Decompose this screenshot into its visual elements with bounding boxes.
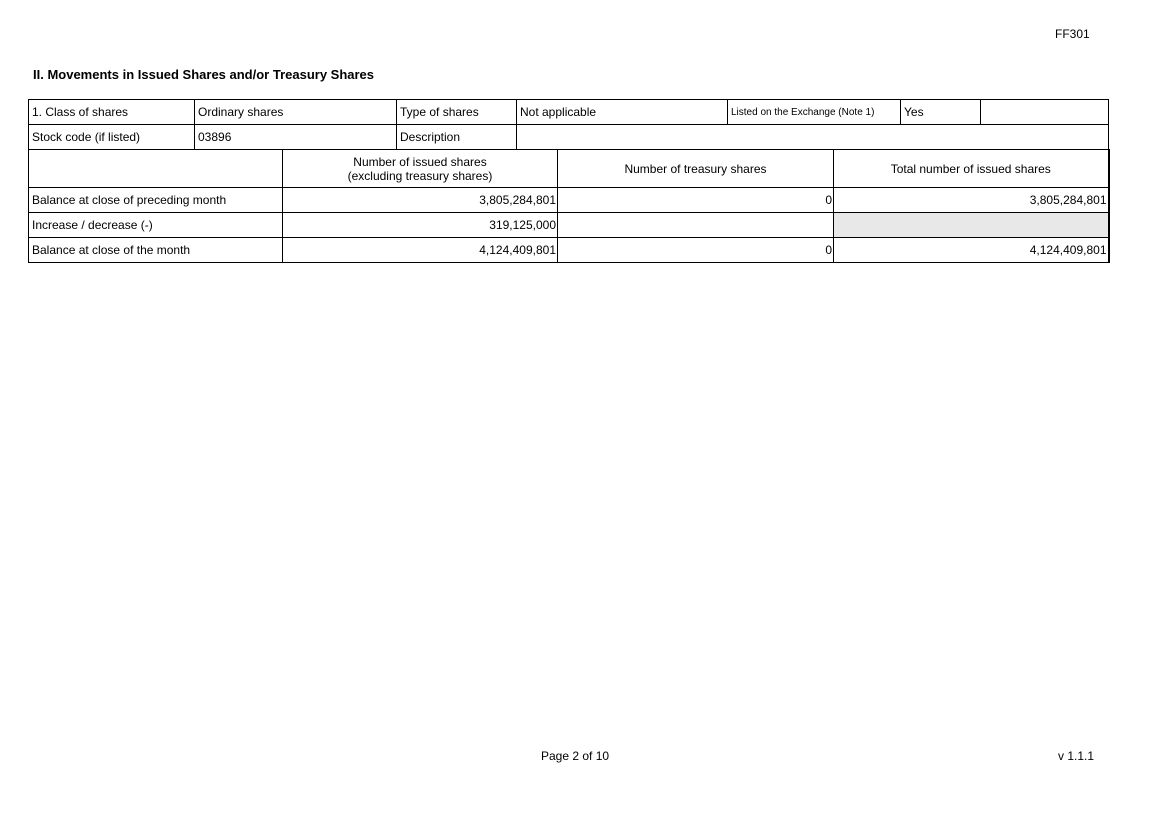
section-title: II. Movements in Issued Shares and/or Tr… — [33, 67, 374, 82]
issued-shares-value: 4,124,409,801 — [283, 238, 558, 263]
type-of-shares-label: Type of shares — [397, 100, 517, 125]
stock-code-value: 03896 — [195, 125, 397, 150]
class-of-shares-label: 1. Class of shares — [29, 100, 195, 125]
table-row: Balance at close of preceding month 3,80… — [29, 188, 1109, 213]
class-of-shares-row: 1. Class of shares Ordinary shares Type … — [29, 100, 1109, 125]
stock-code-row: Stock code (if listed) 03896 Description — [29, 125, 1109, 150]
issued-shares-header-line2: (excluding treasury shares) — [286, 169, 554, 183]
treasury-shares-value: 0 — [558, 188, 834, 213]
total-issued-shares-value: 4,124,409,801 — [834, 238, 1109, 263]
total-issued-shares-value — [834, 213, 1109, 238]
row-label: Balance at close of preceding month — [29, 188, 283, 213]
issued-shares-header: Number of issued shares (excluding treas… — [283, 150, 558, 188]
treasury-shares-value: 0 — [558, 238, 834, 263]
listed-on-exchange-extra — [981, 100, 1109, 125]
row-label: Increase / decrease (-) — [29, 213, 283, 238]
page-number: Page 2 of 10 — [541, 749, 609, 763]
issued-shares-value: 319,125,000 — [283, 213, 558, 238]
listed-on-exchange-label: Listed on the Exchange (Note 1) — [728, 100, 901, 125]
treasury-shares-value — [558, 213, 834, 238]
treasury-shares-header: Number of treasury shares — [558, 150, 834, 188]
issued-shares-header-line1: Number of issued shares — [286, 155, 554, 169]
description-label: Description — [397, 125, 517, 150]
table-row: Increase / decrease (-) 319,125,000 — [29, 213, 1109, 238]
form-code: FF301 — [1055, 27, 1090, 41]
stock-code-label: Stock code (if listed) — [29, 125, 195, 150]
listed-on-exchange-value: Yes — [901, 100, 981, 125]
description-value — [517, 125, 1109, 150]
share-movements-table: Number of issued shares (excluding treas… — [28, 149, 1110, 263]
table-row: Balance at close of the month 4,124,409,… — [29, 238, 1109, 263]
share-class-info-table: 1. Class of shares Ordinary shares Type … — [28, 99, 1109, 150]
total-issued-shares-header: Total number of issued shares — [834, 150, 1109, 188]
issued-shares-value: 3,805,284,801 — [283, 188, 558, 213]
total-issued-shares-value: 3,805,284,801 — [834, 188, 1109, 213]
movements-header-row: Number of issued shares (excluding treas… — [29, 150, 1109, 188]
form-version: v 1.1.1 — [1058, 749, 1094, 763]
row-label-header — [29, 150, 283, 188]
class-of-shares-value: Ordinary shares — [195, 100, 397, 125]
type-of-shares-value: Not applicable — [517, 100, 728, 125]
row-label: Balance at close of the month — [29, 238, 283, 263]
